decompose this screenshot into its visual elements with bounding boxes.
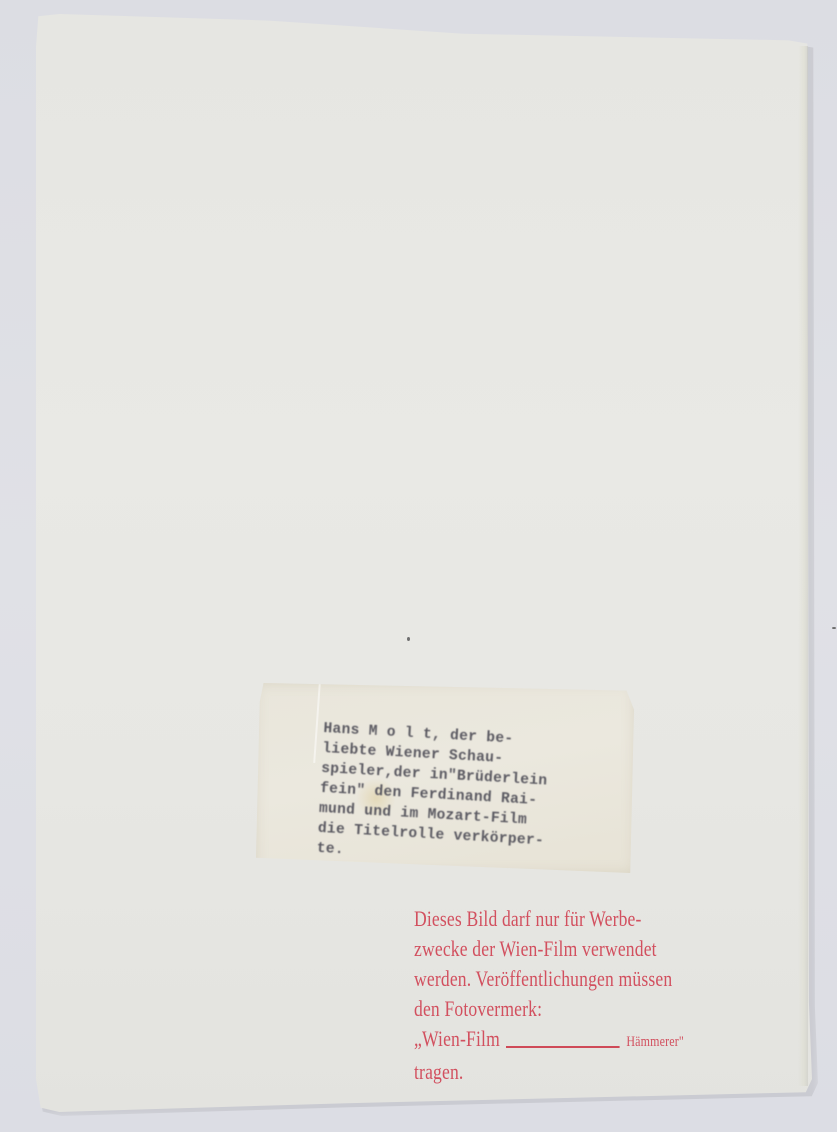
stamp-line: zwecke der Wien-Film verwendet	[414, 934, 718, 964]
credit-photographer: Hämmerer"	[626, 1034, 684, 1050]
red-usage-stamp: Dieses Bild darf nur für Werbe- zwecke d…	[414, 904, 718, 1087]
photo-curled-edge	[798, 46, 808, 1086]
credit-blank-underline	[506, 1046, 620, 1048]
caption-line: te.	[316, 841, 344, 858]
stamp-line: tragen.	[414, 1057, 718, 1087]
paper-speck	[407, 637, 410, 641]
typed-caption-label: Hans M o l t, der be- liebte Wiener Scha…	[256, 683, 634, 873]
stamp-credit-line: „Wien-FilmHämmerer"	[414, 1024, 718, 1057]
stamp-line: den Fotovermerk:	[414, 994, 718, 1024]
caption-text: Hans M o l t, der be- liebte Wiener Scha…	[316, 719, 550, 871]
stamp-line: Dieses Bild darf nur für Werbe-	[414, 904, 718, 934]
credit-prefix: „Wien-Film	[414, 1026, 500, 1051]
paper-speck	[832, 627, 836, 629]
label-crease	[313, 683, 321, 763]
stamp-line: werden. Veröffentlichungen müssen	[414, 964, 718, 994]
